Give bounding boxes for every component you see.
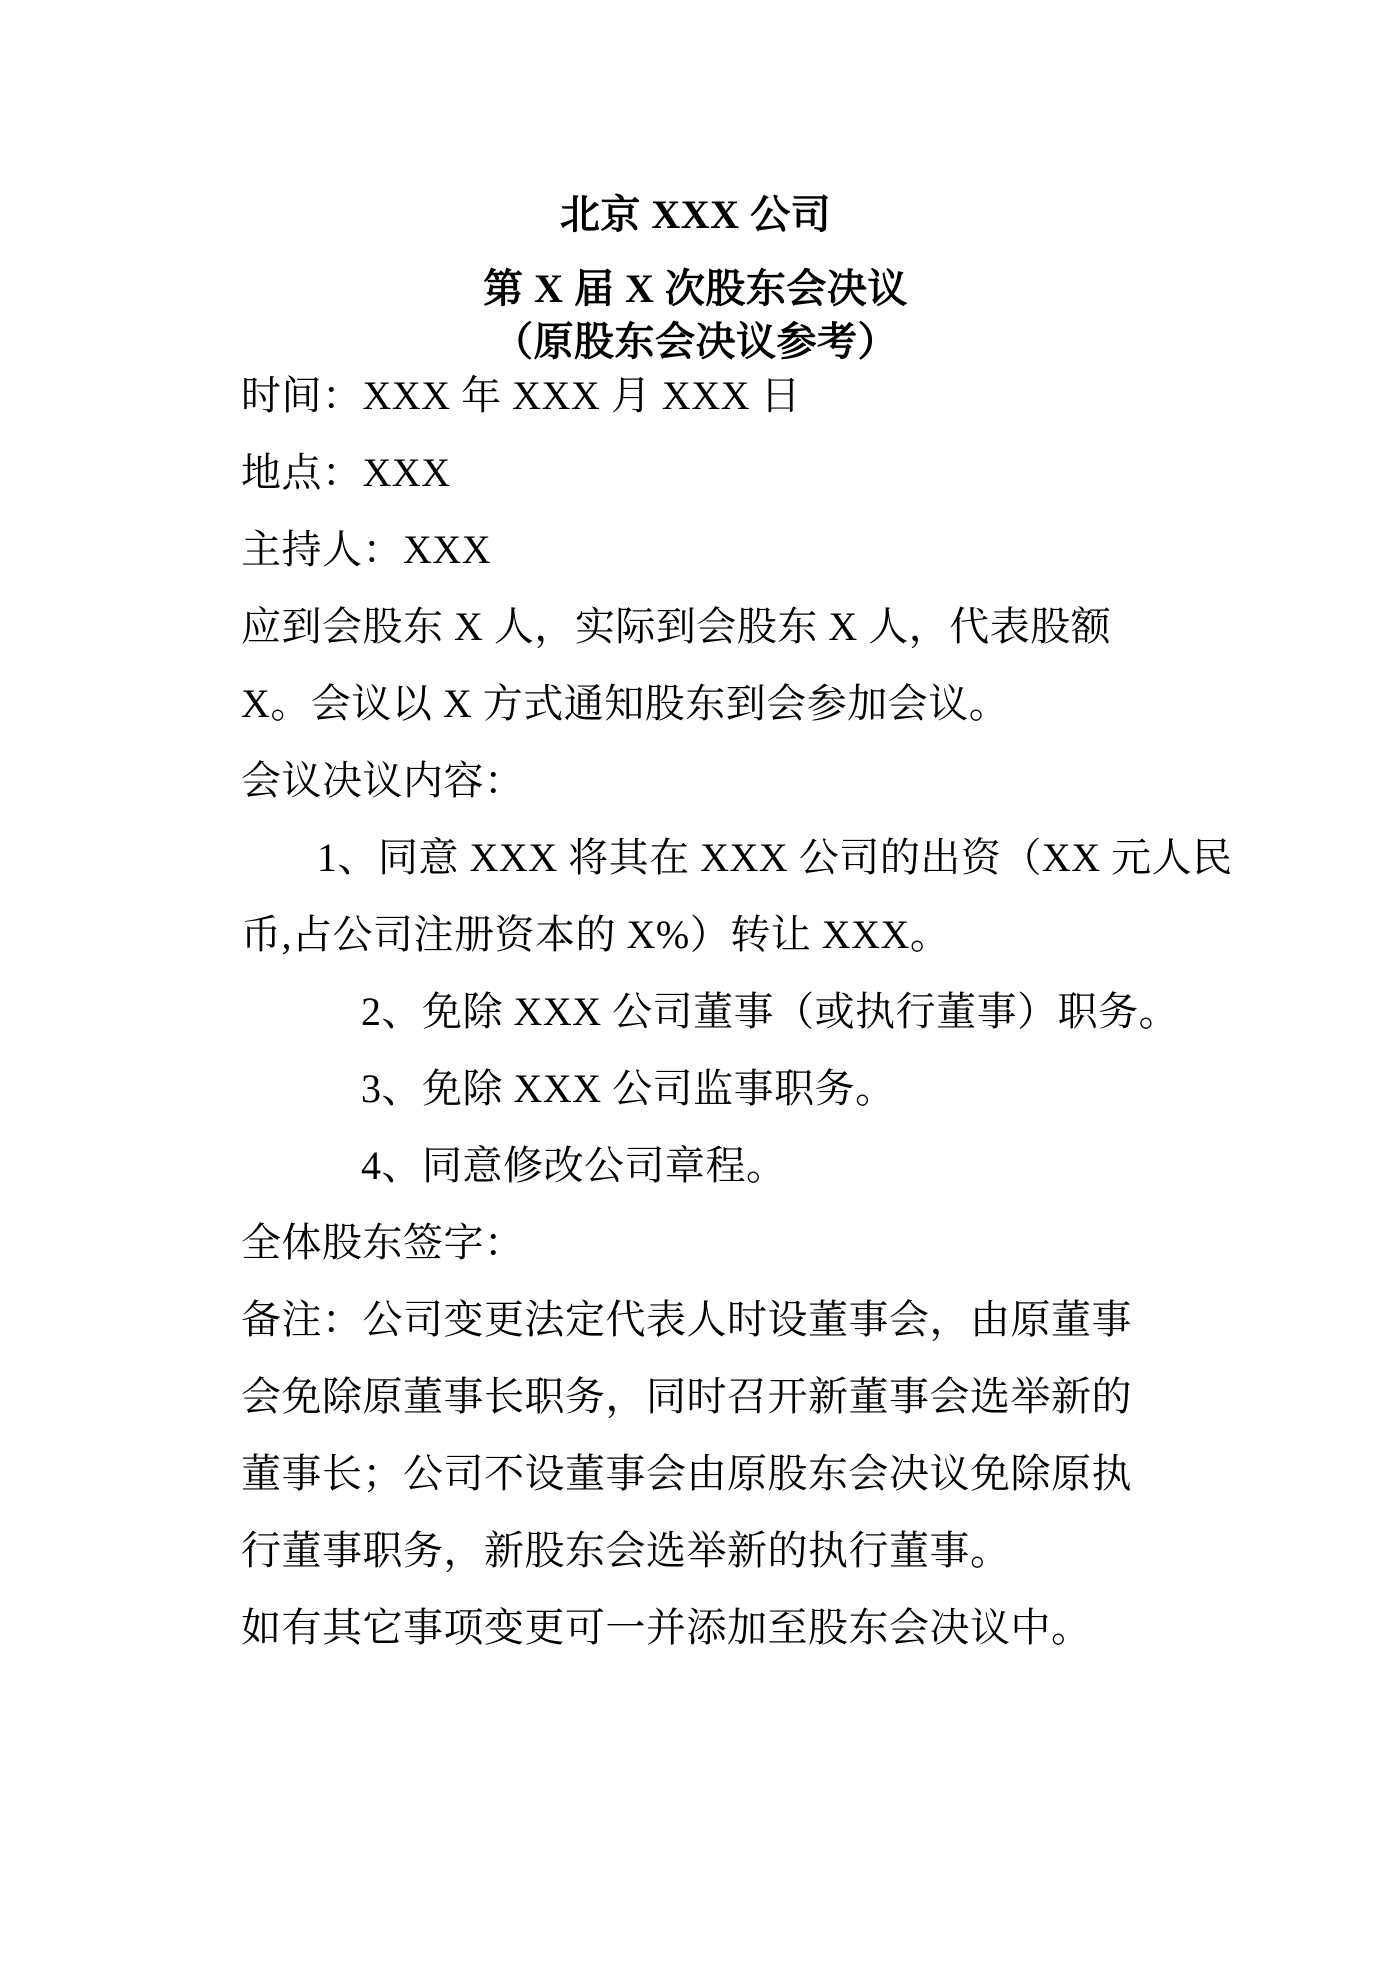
resolution-item-1-line-1: 1、同意 XXX 将其在 XXX 公司的出资（XX 元人民 [317, 836, 1233, 880]
footer-line: 如有其它事项变更可一并添加至股东会决议中。 [241, 1606, 1092, 1650]
remark-line-1: 备注：公司变更法定代表人时设董事会，由原董事 [241, 1298, 1132, 1342]
signature-line: 全体股东签字： [241, 1221, 525, 1265]
meta-place-line: 地点：XXX [241, 451, 451, 495]
document-page: 北京 XXX 公司 第 X 届 X 次股东会决议 （原股东会决议参考） 时间：X… [0, 0, 1391, 1965]
resolution-item-2: 2、免除 XXX 公司董事（或执行董事）职务。 [361, 990, 1179, 1034]
meta-host-line: 主持人：XXX [241, 528, 491, 572]
resolution-item-3: 3、免除 XXX 公司监事职务。 [361, 1067, 896, 1111]
doc-heading-line2: （原股东会决议参考） [0, 320, 1391, 364]
attendance-line-1: 应到会股东 X 人，实际到会股东 X 人，代表股额 [241, 605, 1111, 649]
remark-line-4: 行董事职务，新股东会选举新的执行董事。 [241, 1529, 1011, 1573]
doc-heading-line1: 第 X 届 X 次股东会决议 [0, 267, 1391, 311]
doc-title: 北京 XXX 公司 [0, 193, 1391, 237]
resolution-item-1-line-2: 币,占公司注册资本的 X%）转让 XXX。 [241, 913, 950, 957]
resolution-item-4: 4、同意修改公司章程。 [361, 1144, 787, 1188]
remark-line-3: 董事长；公司不设董事会由原股东会决议免除原执 [241, 1452, 1132, 1496]
meta-time-line: 时间：XXX 年 XXX 月 XXX 日 [241, 374, 801, 418]
attendance-line-2: X。会议以 X 方式通知股东到会参加会议。 [241, 682, 1009, 726]
resolutions-heading: 会议决议内容： [241, 759, 525, 803]
remark-line-2: 会免除原董事长职务，同时召开新董事会选举新的 [241, 1375, 1132, 1419]
